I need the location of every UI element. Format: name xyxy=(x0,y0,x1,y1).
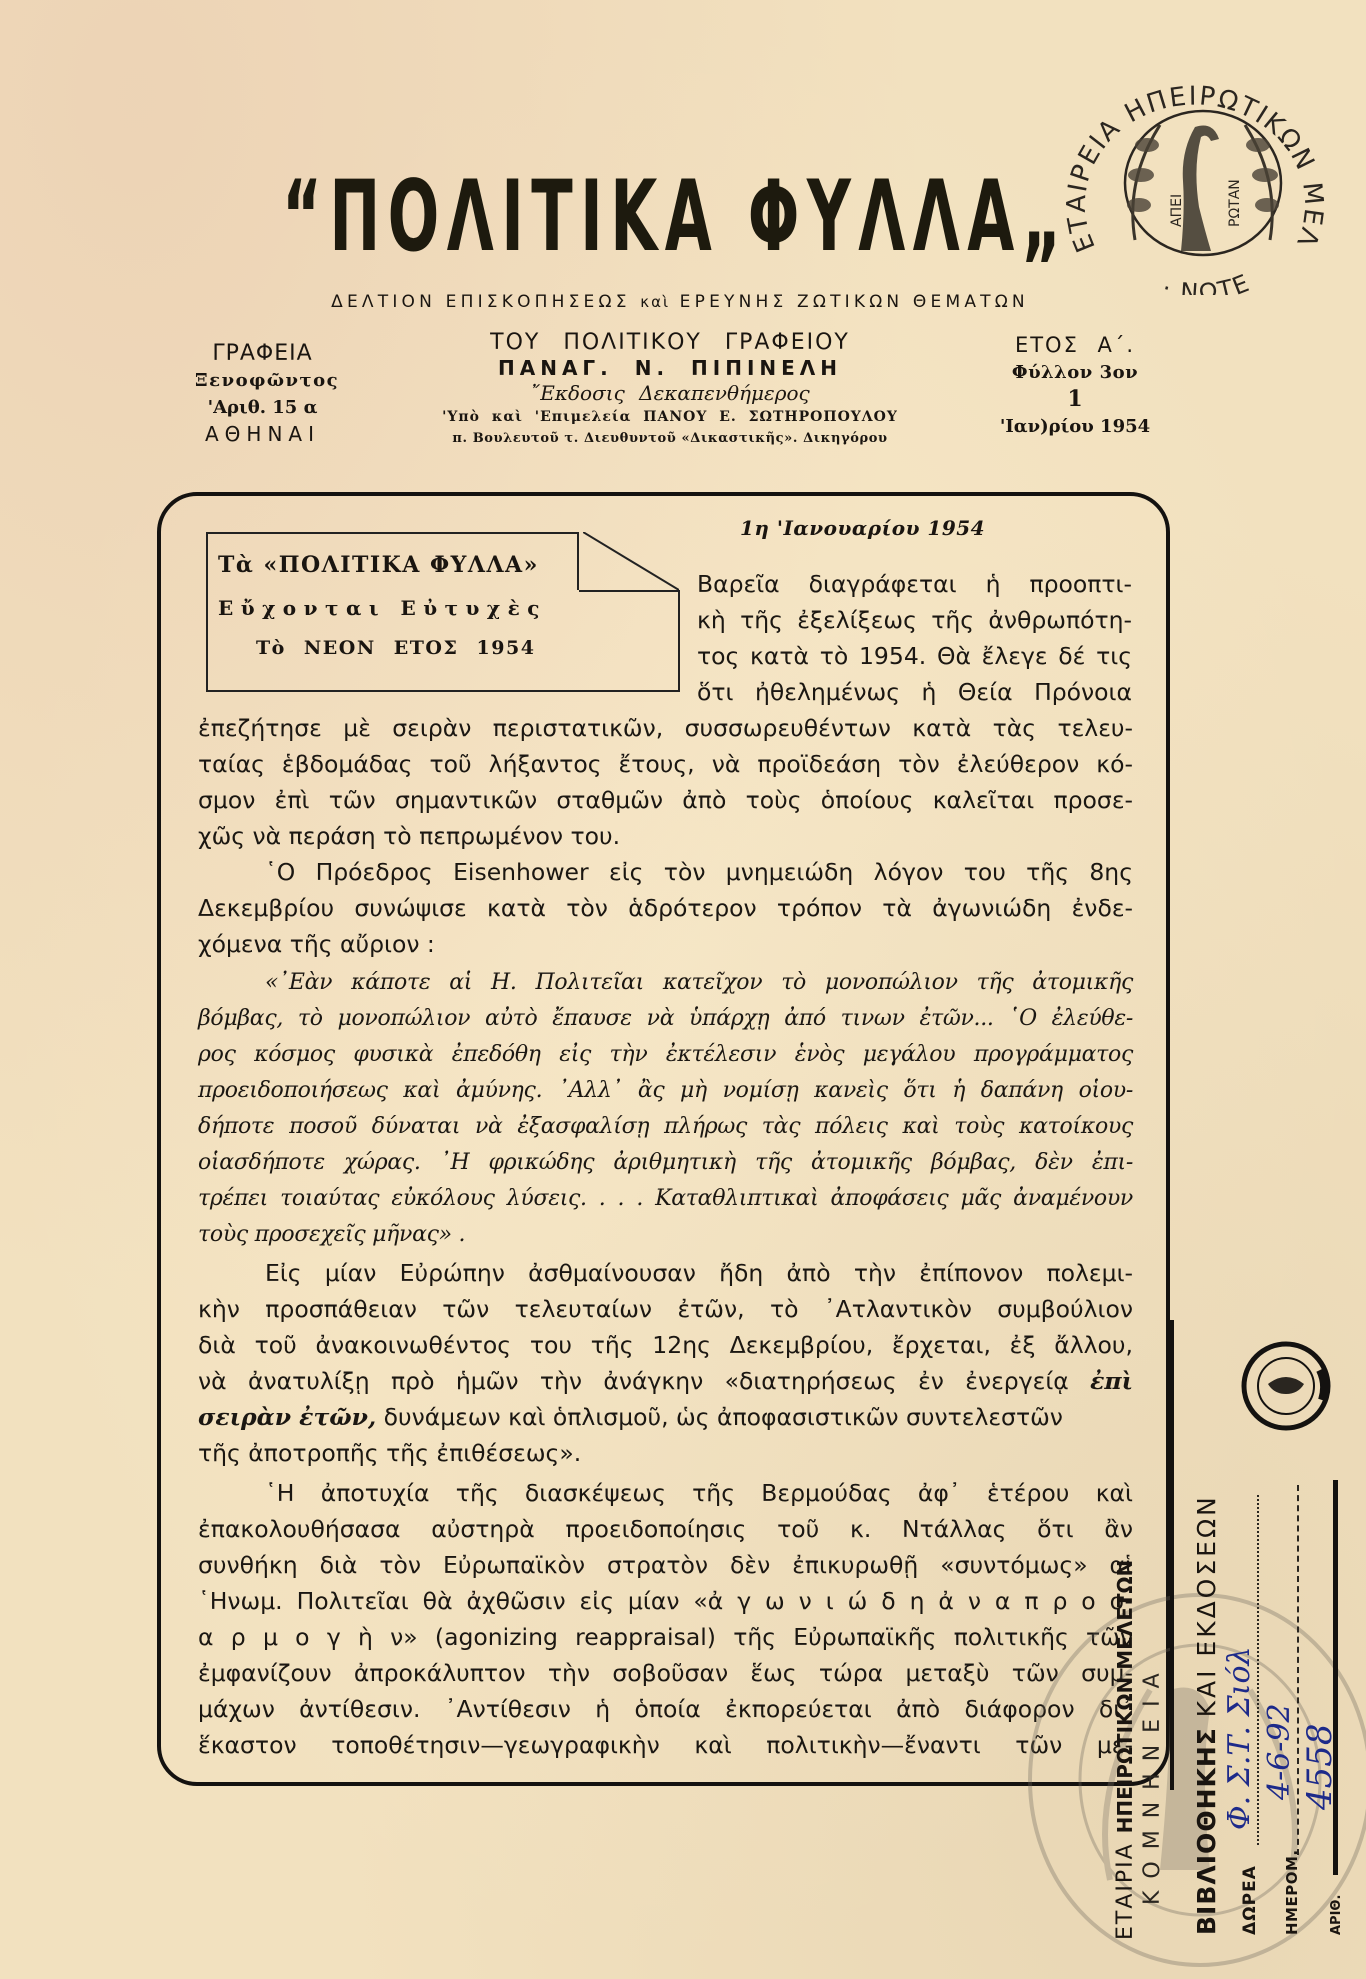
greeting-line-1: Τὰ «ΠΟΛΙΤΙΚΑ ΦΥΛΛΑ» xyxy=(218,552,539,578)
article-line: ἕκαστον τοποθέτησιν—γεωγραφικὴν καὶ πολι… xyxy=(198,1727,1133,1763)
article-text: δυνάμεων καὶ ὁπλισμοῦ, ὡς ἀποφασιστικῶν … xyxy=(376,1403,1063,1431)
issue-info: ΕΤΟΣ Α΄. Φύλλον 3ον 1 'Ιαν)ρίου 1954 xyxy=(985,332,1165,440)
article-line: Δεκεμβρίου συνώψισε κατὰ τὸν ἁδρότερον τ… xyxy=(198,890,1133,926)
editor-credentials: π. Βουλευτοῦ τ. Διευθυντοῦ «Δικαστικῆς».… xyxy=(380,428,960,450)
stamp-field-date: ΗΜΕΡΟΜ. xyxy=(1283,1849,1301,1935)
quote-line: οἱασδήποτε χώρας. ᾽Η φρικώδης ἀριθμητικὴ… xyxy=(198,1145,1133,1182)
stamp-text: ΗΠΕΙΡΩΤΙΚΩΝ ΜΕΛΕΤΩΝ xyxy=(1113,1560,1137,1834)
newspaper-subtitle: ΔΕΛΤΙΟΝ ΕΠΙΣΚΟΠΗΣΕΩΣ καὶ ΕΡΕΥΝΗΣ ΖΩΤΙΚΩΝ… xyxy=(215,292,1145,312)
stamp-library-title: ΒΙΒΛΙΟΘΗΚΗΣ ΚΑΙ ΕΚΔΟΣΕΩΝ xyxy=(1192,1494,1221,1935)
stamp-field-number: ΑΡΙΘ. xyxy=(1329,1895,1344,1935)
quote-line: προειδοποιήσεως καὶ ἀμύνης. ᾽Αλλ᾽ ἂς μὴ … xyxy=(198,1073,1133,1110)
quote-line: «᾽Εὰν κάποτε αἱ Η. Πολιτεῖαι κατεῖχον τὸ… xyxy=(265,965,1133,1002)
street-number: 'Αριθ. 15 α xyxy=(195,394,330,421)
article-line: τος κατὰ τὸ 1954. Θὰ ἔλεγε δέ τις xyxy=(697,638,1132,674)
donation-field-line xyxy=(1257,1495,1259,1845)
quote-line: βόμβας, τὸ μονοπώλιον αὐτὸ ἔπαυσε νὰ ὑπά… xyxy=(198,1001,1133,1038)
number-field-line xyxy=(1333,1480,1338,1875)
svg-text:ΑΠΕΙ: ΑΠΕΙ xyxy=(1169,194,1185,227)
article-line: ῾Η ἀποτυχία τῆς διασκέψεως τῆς Βερμούδας… xyxy=(265,1475,1133,1511)
article-line: ἐπακολουθήσασα αὐστηρὰ προειδοποίησις το… xyxy=(198,1511,1133,1547)
issue-year: ΕΤΟΣ Α΄. xyxy=(985,332,1165,359)
stamp-komnineia: ΚΟΜΝΗΝΕΙΑ xyxy=(1140,1661,1165,1905)
city-name: ΑΘΗΝΑΙ xyxy=(195,421,330,448)
article-line: σειρὰν ἐτῶν, δυνάμεων καὶ ὁπλισμοῦ, ὡς ἀ… xyxy=(198,1399,1133,1435)
publication-frequency: ῎Εκδοσις Δεκαπενθήμερος xyxy=(380,380,960,406)
issue-sheet: Φύλλον 3ον xyxy=(985,359,1165,386)
article-line: ἐπεζήτησε μὲ σειρὰν περιστατικῶν, συσσωρ… xyxy=(198,710,1133,746)
article-line: ταίας ἑβδομάδας τοῦ λήξαντος ἔτους, νὰ π… xyxy=(198,746,1133,782)
article-text: νὰ ἀνατυλίξῃ πρὸ ἡμῶν τὴν ἀνάγκην «διατη… xyxy=(198,1367,1069,1395)
svg-text:ΡΩΤΑΝ: ΡΩΤΑΝ xyxy=(1227,179,1243,227)
editor-line: 'Υπὸ καὶ 'Επιμελεία ΠΑΝΟΥ Ε. ΣΩΤΗΡΟΠΟΥΛΟ… xyxy=(380,406,960,428)
office-address: ΓΡΑΦΕΙΑ Ξενοφῶντος 'Αριθ. 15 α ΑΘΗΝΑΙ xyxy=(195,340,330,448)
article-line: τῆς ἀποτροπῆς τῆς ἐπιθέσεως». xyxy=(198,1435,1133,1471)
article-line: α ρ μ ο γ ὴ ν» (agonizing reappraisal) τ… xyxy=(198,1619,1133,1655)
greeting-line-2: Εὔχονται Εὐτυχὲς xyxy=(218,596,547,620)
publisher-info: ΤΟΥ ΠΟΛΙΤΙΚΟΥ ΓΡΑΦΕΙΟΥ ΠΑΝΑΓ. Ν. ΠΙΠΙΝΕΛ… xyxy=(380,330,960,450)
article-line: χῶς νὰ περάση τὸ πεπρωμένον του. xyxy=(198,818,1133,854)
article-line: κὴ τῆς ἐξελίξεως τῆς ἀνθρωπότη- xyxy=(697,602,1132,638)
stamp-text: ΕΤΑΙΡΙΑ xyxy=(1113,1833,1138,1940)
stamp-field-donation: ΔΩΡΕΑ xyxy=(1240,1865,1260,1935)
article-line: ῾Ηνωμ. Πολιτεῖαι θὰ ἀχθῶσιν εἰς μίαν «ἀ … xyxy=(198,1583,1133,1619)
article-line: Βαρεῖα διαγράφεται ἡ προοπτι- xyxy=(697,566,1132,602)
publisher-office: ΤΟΥ ΠΟΛΙΤΙΚΟΥ ΓΡΑΦΕΙΟΥ xyxy=(380,330,960,356)
stamp-text: ΒΙΒΛΙΟΘΗΚΗΣ xyxy=(1192,1717,1221,1935)
emphasis-text: ἐπὶ xyxy=(1090,1367,1133,1395)
article-line: συνθήκη διὰ τὸν Εὐρωπαϊκὸν στρατὸν δὲν ἐ… xyxy=(198,1547,1133,1583)
article-line: νὰ ἀνατυλίξῃ πρὸ ἡμῶν τὴν ἀνάγκην «διατη… xyxy=(198,1363,1133,1399)
greeting-line-3: Τὸ ΝΕΟΝ ΕΤΟΣ 1954 xyxy=(256,637,535,659)
quote-line: τοὺς προσεχεῖς μῆνας» . xyxy=(198,1217,1133,1254)
article-line: ῾Ο Πρόεδρος Eisenhower εἰς τὸν μνημειώδη… xyxy=(265,854,1133,890)
emphasis-text: σειρὰν ἐτῶν, xyxy=(198,1403,376,1431)
date-field-line xyxy=(1297,1485,1299,1855)
issue-month-year: 'Ιαν)ρίου 1954 xyxy=(985,413,1165,440)
stamp-border-line xyxy=(1170,1320,1174,1790)
svg-text:· ΝΩΤΕ: · ΝΩΤΕ xyxy=(1159,269,1254,295)
street-name: Ξενοφῶντος xyxy=(195,367,330,394)
stamp-text: ΚΑΙ ΕΚΔΟΣΕΩΝ xyxy=(1192,1494,1221,1717)
publisher-name: ΠΑΝΑΓ. Ν. ΠΙΠΙΝΕΛΗ xyxy=(380,356,960,380)
new-year-greeting-box: Τὰ «ΠΟΛΙΤΙΚΑ ΦΥΛΛΑ» Εὔχονται Εὐτυχὲς Τὸ … xyxy=(206,532,579,690)
quote-line: δήποτε ποσοῦ δύναται νὰ ἐξασφαλίσῃ πλήρω… xyxy=(198,1109,1133,1146)
article-line: κὴν προσπάθειαν τῶν τελευταίων ἐτῶν, τὸ … xyxy=(198,1291,1133,1327)
handwritten-date: 4-6-92 xyxy=(1262,1703,1297,1800)
newspaper-title: “ΠΟΛΙΤΙΚΑ ΦΥΛΛΑ„ xyxy=(282,168,778,266)
subtitle-part-2: ΕΡΕΥΝΗΣ ΖΩΤΙΚΩΝ ΘΕΜΑΤΩΝ xyxy=(680,292,1029,312)
library-seal-icon xyxy=(1240,1340,1332,1432)
offices-label: ΓΡΑΦΕΙΑ xyxy=(195,340,330,367)
article-date: 1η 'Ιανουαρίου 1954 xyxy=(740,516,985,540)
issue-day: 1 xyxy=(985,386,1165,413)
article-line: διὰ τοῦ ἀνακοινωθέντος του τῆς 12ης Δεκε… xyxy=(198,1327,1133,1363)
quote-line: τρέπει τοιαύτας εὐκόλους λύσεις. . . . Κ… xyxy=(198,1181,1133,1218)
article-line: χόμενα τῆς αὔριον : xyxy=(198,926,1133,962)
subtitle-part-1: ΔΕΛΤΙΟΝ ΕΠΙΣΚΟΠΗΣΕΩΣ xyxy=(331,292,631,312)
folded-corner-icon xyxy=(583,532,679,590)
quote-line: ρος κόσμος φυσικὰ ἐπεδόθη εἰς τὴν ἐκτέλε… xyxy=(198,1037,1133,1074)
article-line: ὅτι ἠθελημένως ἡ Θεία Πρόνοια xyxy=(697,674,1132,710)
article-line: μάχων ἀντίθεσιν. ᾽Αντίθεσιν ἡ ὁποία ἐκπο… xyxy=(198,1691,1133,1727)
article-line: ἐμφανίζουν ἀπροκάλυπτον τὴν σοβοῦσαν ἕως… xyxy=(198,1655,1133,1691)
stamp-society-name: ΕΤΑΙΡΙΑ ΗΠΕΙΡΩΤΙΚΩΝ ΜΕΛΕΤΩΝ xyxy=(1113,1560,1138,1940)
handwritten-donation: Φ. Σ.Τ. Σιόλ xyxy=(1222,1646,1257,1830)
handwritten-number: 4558 xyxy=(1300,1723,1340,1810)
article-line: Εἰς μίαν Εὐρώπην ἀσθμαίνουσαν ἤδη ἀπὸ τὴ… xyxy=(265,1255,1133,1291)
society-seal-icon: ΕΤΑΙΡΕΙΑ ΗΠΕΙΡΩΤΙΚΩΝ ΜΕΛ · ΝΩΤΕ ΑΠΕΙ ΡΩΤ… xyxy=(1055,55,1335,295)
article-line: σμον ἐπὶ τῶν σημαντικῶν σταθμῶν ἀπὸ τοὺς… xyxy=(198,782,1133,818)
subtitle-and: καὶ xyxy=(640,293,670,311)
